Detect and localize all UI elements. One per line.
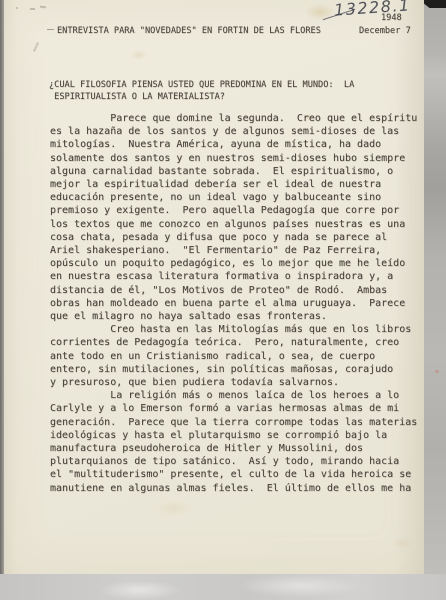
text-line: solamente dos santos y en nuestros semi-… — [50, 152, 417, 165]
question-line: ¿CUAL FILOSOFIA PIENSA USTED QUE PREDOMI… — [49, 80, 354, 92]
text-line: plutarquianos de tipo satánico. Así y to… — [50, 455, 417, 468]
text-line: La religión más o menos laíca de los her… — [50, 389, 417, 402]
pencil-mark — [33, 42, 39, 52]
scan-edge-left — [0, 0, 4, 574]
scan-bed-bottom — [0, 574, 446, 600]
text-line: premioso y exigente. Pero aquella Pedago… — [50, 204, 417, 217]
text-line: Creo hasta en las Mitologías más que en … — [50, 323, 417, 336]
typed-date: December 7 — [359, 26, 411, 36]
text-line: ideológicas y hasta el plutarquismo se c… — [50, 429, 417, 442]
typed-year: 1948 — [381, 13, 402, 23]
text-line: manutiene en algunas almas fieles. El úl… — [50, 482, 417, 495]
pencil-mark — [40, 6, 46, 8]
text-line: ante todo en un Cristianismo radical, o … — [50, 350, 417, 363]
text-line: obras han moldeado en buena parte el alm… — [50, 297, 417, 310]
text-line: educación presente, no un ideal vago y b… — [50, 191, 417, 204]
text-line: corrientes de Pedagogía teórica. Pero, n… — [50, 336, 417, 349]
question-line: ESPIRITUALISTA O LA MATERIALISTA? — [49, 92, 354, 104]
text-line: Ariel shakesperiano. "El Fermentario" de… — [50, 244, 417, 257]
text-line: alguna carnalidad bastante sobrada. El e… — [50, 165, 417, 178]
text-line: Carlyle y a lo Emerson formó a varias he… — [50, 402, 417, 415]
text-line: entero, sin mutilaciones, sin políticas … — [50, 363, 417, 376]
document-page: 13228.1 1948 ENTREVISTA PARA "NOVEDADES"… — [4, 0, 424, 574]
text-line: manufactura pseudoheroica de Hitler y Mu… — [50, 442, 417, 455]
scanned-document: 13228.1 1948 ENTREVISTA PARA "NOVEDADES"… — [0, 0, 446, 600]
text-line: los textos que me conozco en algunos paí… — [50, 218, 417, 231]
pencil-mark — [16, 7, 18, 9]
scan-corner-shadow — [424, 0, 446, 8]
document-title: ENTREVISTA PARA "NOVEDADES" EN FORTIN DE… — [57, 26, 321, 36]
text-line: el "multituderismo" presente, el culto d… — [50, 468, 417, 481]
text-line: Parece que domine la segunda. Creo que e… — [50, 112, 417, 125]
text-line: cosa chata, pesada y difusa que poco y n… — [50, 231, 417, 244]
interview-question: ¿CUAL FILOSOFIA PIENSA USTED QUE PREDOMI… — [49, 80, 354, 103]
text-line: distancia de él, "Los Motivos de Proteo"… — [50, 284, 417, 297]
text-line: generación. Parece que la tierra corromp… — [50, 416, 417, 429]
pencil-mark — [30, 8, 35, 10]
text-line: y presuroso, que bien pudiera todavía sa… — [50, 376, 417, 389]
text-line: que el milagro no haya saltado esas fron… — [50, 310, 417, 323]
scan-edge-right — [424, 0, 446, 574]
answer-text: Parece que domine la segunda. Creo que e… — [50, 112, 417, 495]
pencil-dash — [47, 29, 54, 30]
text-line: en nuestra escasa literatura formativa o… — [50, 270, 417, 283]
text-line: mitologías. Nuestra América, ayuna de mí… — [50, 138, 417, 151]
text-line: opúsculo un poquito pedagógico, es lo me… — [50, 257, 417, 270]
text-line: es la hazaña de los santos y de algunos … — [50, 125, 417, 138]
red-speck — [435, 370, 439, 373]
text-line: mejor la espiritualidad debería ser el i… — [50, 178, 417, 191]
